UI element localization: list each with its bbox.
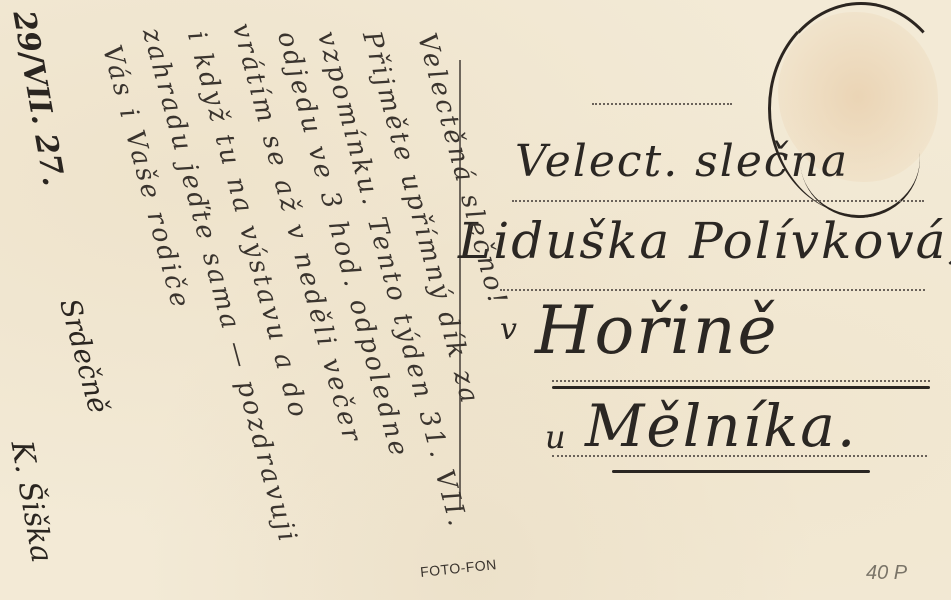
address-dotted-line-2	[500, 289, 925, 291]
address-region: Mělníka.	[585, 392, 857, 460]
publisher-mark: FOTO-FON	[419, 556, 497, 580]
address-recipient-name: Liduška Polívková,	[458, 212, 951, 270]
address-dotted-line-3	[552, 380, 930, 382]
signature: K. Šiška	[4, 438, 60, 565]
address-dotted-line-top	[592, 103, 732, 105]
address-salutation: Velect. slečna	[515, 136, 849, 187]
price-note: 40 P	[866, 562, 907, 585]
date: 29/VII. 27.	[6, 8, 71, 189]
address-preposition-v: v	[500, 312, 519, 347]
address-underline-1	[552, 386, 930, 389]
closing: Srdečně	[53, 295, 115, 417]
address-dotted-line-1	[512, 200, 924, 202]
address-underline-2	[612, 470, 870, 473]
address-town: Hořině	[535, 292, 779, 369]
address-preposition-u: u	[545, 418, 568, 456]
